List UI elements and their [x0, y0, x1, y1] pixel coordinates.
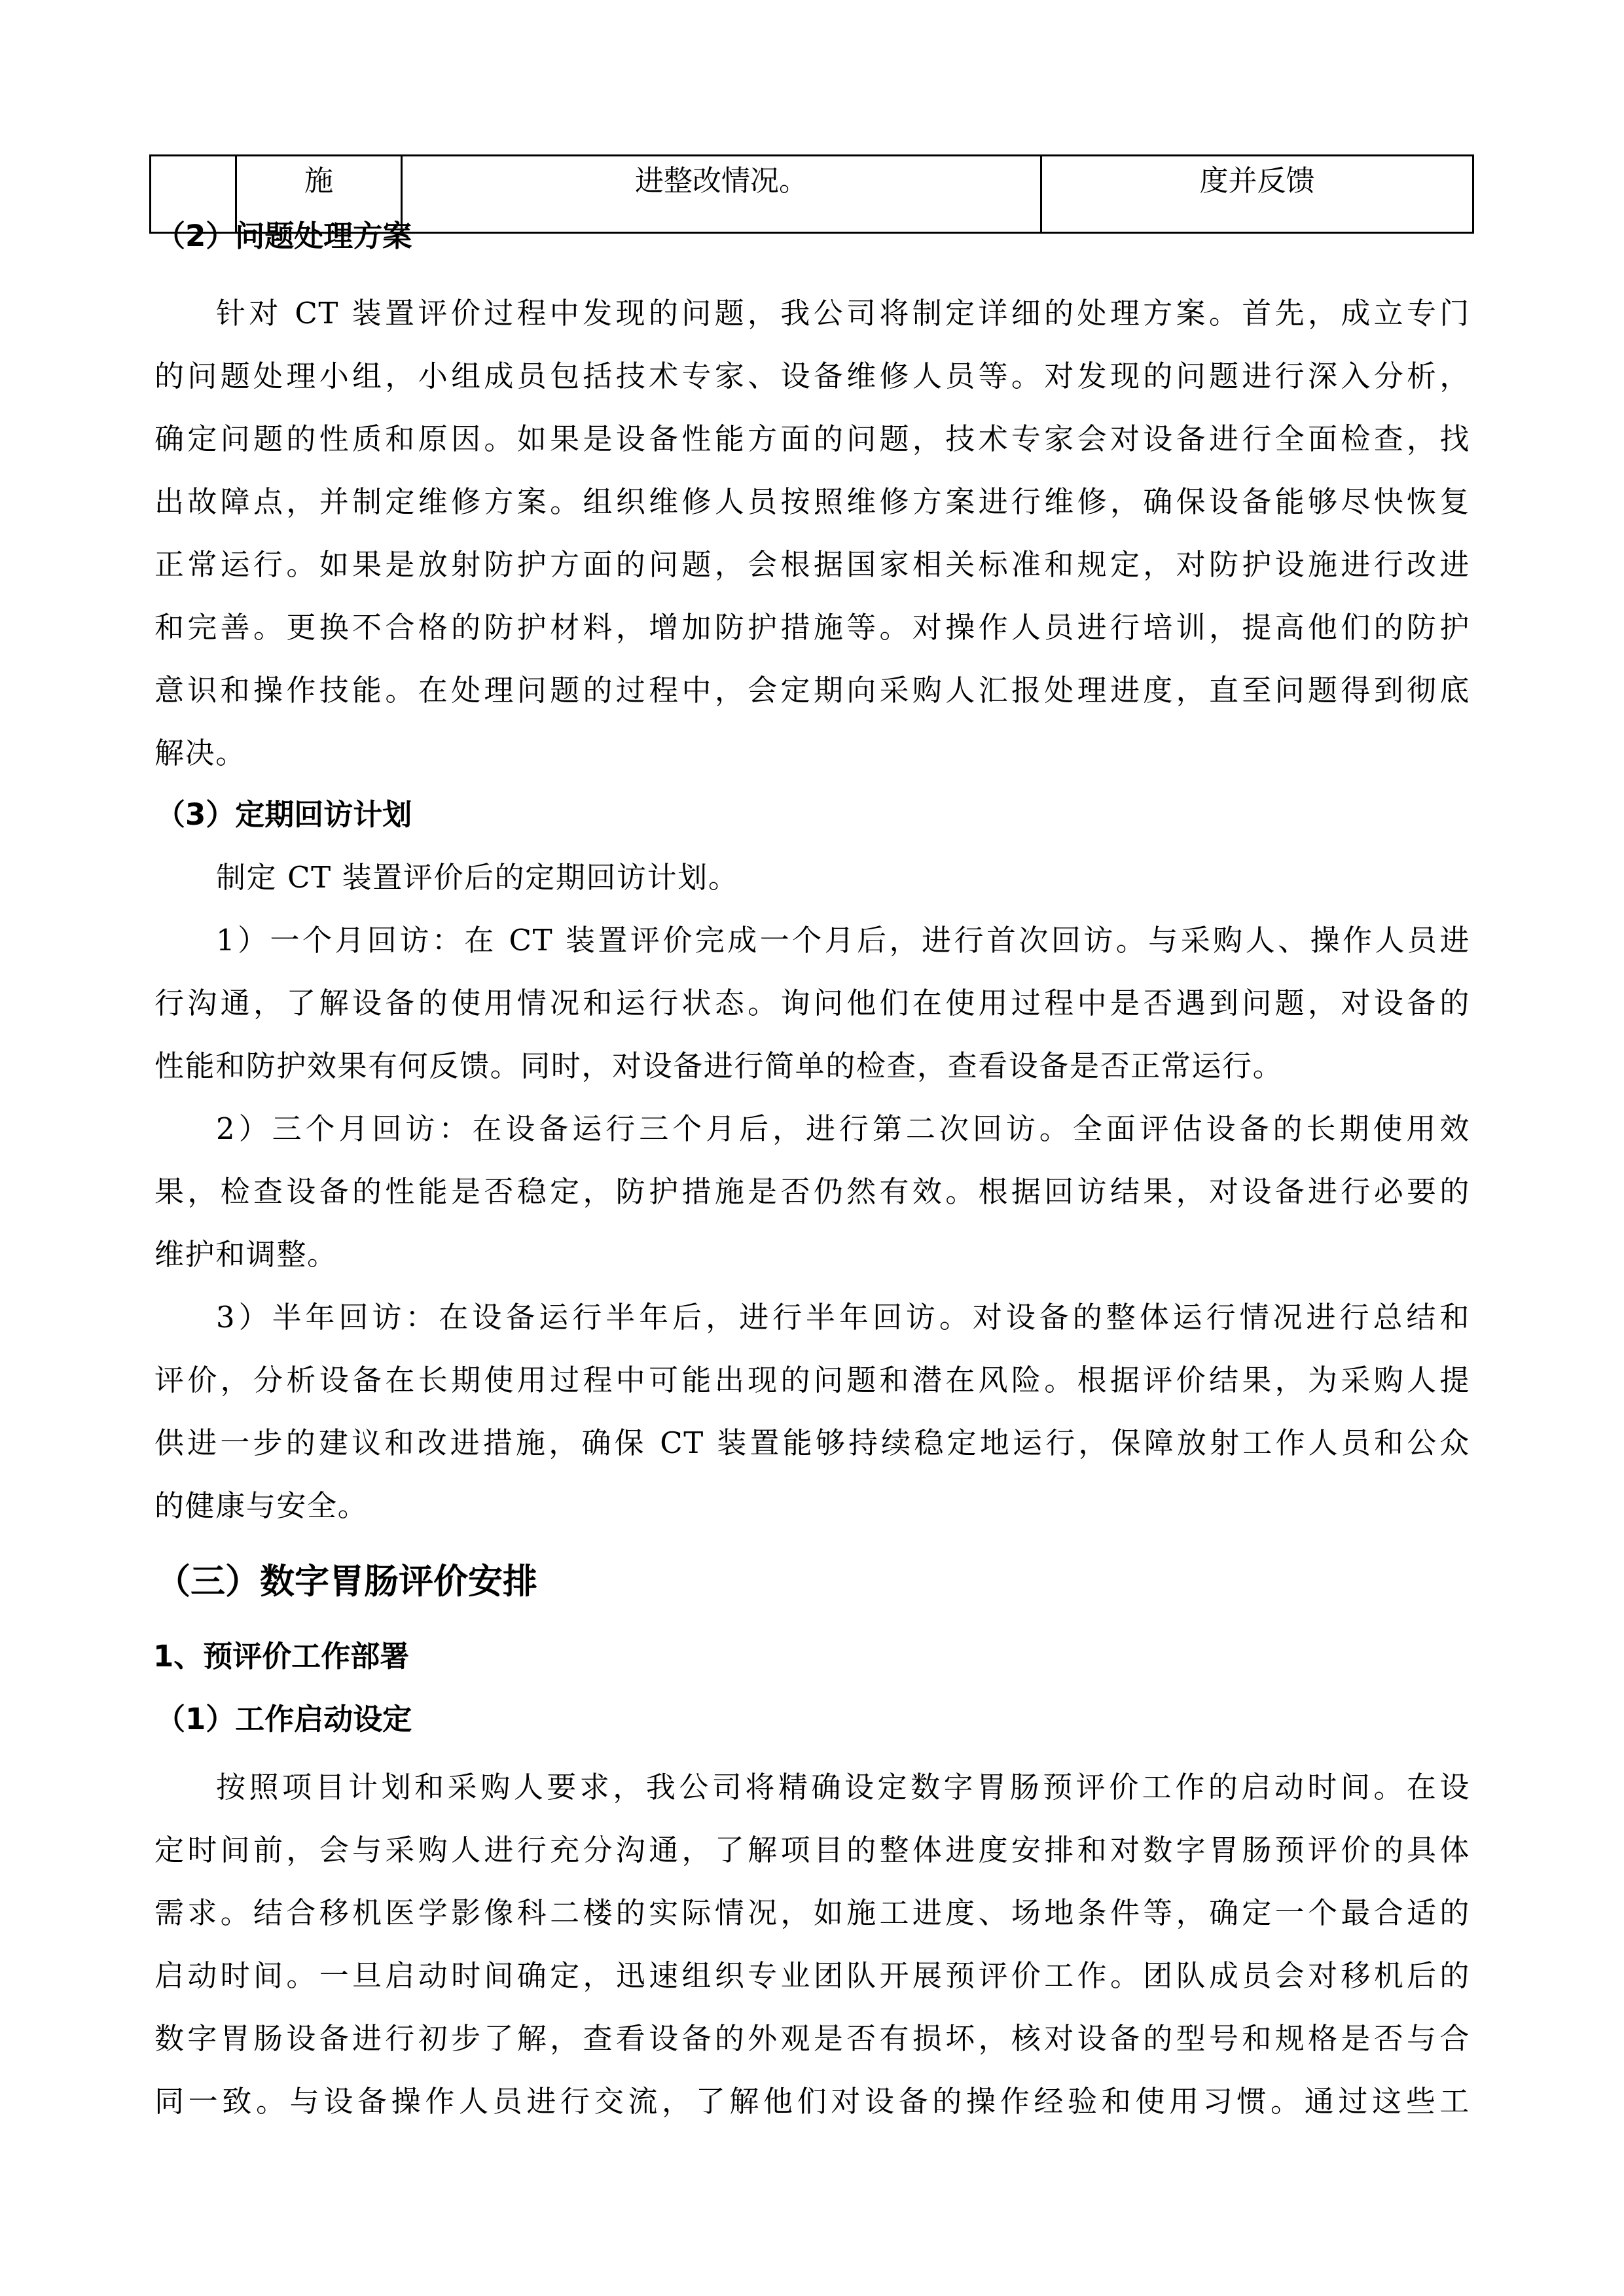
list-item-line: 果，检查设备的性能是否稳定，防护措施是否仍然有效。根据回访结果，对设备进行必要的 — [154, 1177, 1470, 1206]
paragraph-line: 制定 CT 装置评价后的定期回访计划。 — [216, 863, 1532, 892]
paragraph-line: 解决。 — [154, 738, 1470, 768]
paragraph-line: 出故障点，并制定维修方案。组织维修人员按照维修方案进行维修，确保设备能够尽快恢复 — [154, 487, 1470, 516]
section-heading-problem-handling: （2）问题处理方案 — [156, 221, 412, 251]
paragraph-line: 同一致。与设备操作人员进行交流，了解他们对设备的操作经验和使用习惯。通过这些工 — [154, 2087, 1470, 2116]
subheading-work-start: （1）工作启动设定 — [156, 1704, 412, 1734]
list-item-line: 3）半年回访：在设备运行半年后，进行半年回访。对设备的整体运行情况进行总结和 — [216, 1302, 1470, 1332]
paragraph-line: 针对 CT 装置评价过程中发现的问题，我公司将制定详细的处理方案。首先，成立专门 — [216, 298, 1470, 328]
paragraph-line: 按照项目计划和采购人要求，我公司将精确设定数字胃肠预评价工作的启动时间。在设 — [216, 1772, 1470, 1802]
list-item-line: 性能和防护效果有何反馈。同时，对设备进行简单的检查，查看设备是否正常运行。 — [154, 1051, 1470, 1081]
list-item-line: 行沟通，了解设备的使用情况和运行状态。询问他们在使用过程中是否遇到问题，对设备的 — [154, 988, 1470, 1018]
paragraph-line: 的问题处理小组，小组成员包括技术专家、设备维修人员等。对发现的问题进行深入分析， — [154, 361, 1470, 391]
paragraph-line: 数字胃肠设备进行初步了解，查看设备的外观是否有损坏，核对设备的型号和规格是否与合 — [154, 2024, 1470, 2053]
paragraph-line: 意识和操作技能。在处理问题的过程中，会定期向采购人汇报处理进度，直至问题得到彻底 — [154, 675, 1470, 705]
paragraph-line: 正常运行。如果是放射防护方面的问题，会根据国家相关标准和规定，对防护设施进行改进 — [154, 550, 1470, 579]
document-page: 施 进整改情况。 度并反馈 （2）问题处理方案 针对 CT 装置评价过程中发现的… — [0, 0, 1624, 2296]
list-item-line: 2）三个月回访：在设备运行三个月后，进行第二次回访。全面评估设备的长期使用效 — [216, 1114, 1470, 1143]
table-cell-requirement: 度并反馈 — [1041, 156, 1473, 233]
list-item-line: 评价，分析设备在长期使用过程中可能出现的问题和潜在风险。根据评价结果，为采购人提 — [154, 1365, 1470, 1395]
chapter-heading-digital-gi: （三）数字胃肠评价安排 — [156, 1564, 537, 1599]
paragraph-line: 定时间前，会与采购人进行充分沟通，了解项目的整体进度安排和对数字胃肠预评价的具体 — [154, 1835, 1470, 1865]
paragraph-line: 需求。结合移机医学影像科二楼的实际情况，如施工进度、场地条件等，确定一个最合适的 — [154, 1898, 1470, 1928]
list-item-line: 的健康与安全。 — [154, 1491, 1470, 1520]
paragraph-line: 和完善。更换不合格的防护材料，增加防护措施等。对操作人员进行培训，提高他们的防护 — [154, 613, 1470, 642]
section-heading-follow-up-plan: （3）定期回访计划 — [156, 800, 412, 829]
list-item-line: 供进一步的建议和改进措施，确保 CT 装置能够持续稳定地运行，保障放射工作人员和… — [154, 1428, 1470, 1458]
table-cell-content: 进整改情况。 — [402, 156, 1041, 233]
paragraph-line: 启动时间。一旦启动时间确定，迅速组织专业团队开展预评价工作。团队成员会对移机后的 — [154, 1961, 1470, 1990]
list-item-line: 维护和调整。 — [154, 1240, 1470, 1269]
list-item-line: 1）一个月回访：在 CT 装置评价完成一个月后，进行首次回访。与采购人、操作人员… — [216, 925, 1470, 955]
subheading-pre-evaluation: 1、预评价工作部署 — [153, 1641, 409, 1671]
paragraph-line: 确定问题的性质和原因。如果是设备性能方面的问题，技术专家会对设备进行全面检查，找 — [154, 424, 1470, 454]
